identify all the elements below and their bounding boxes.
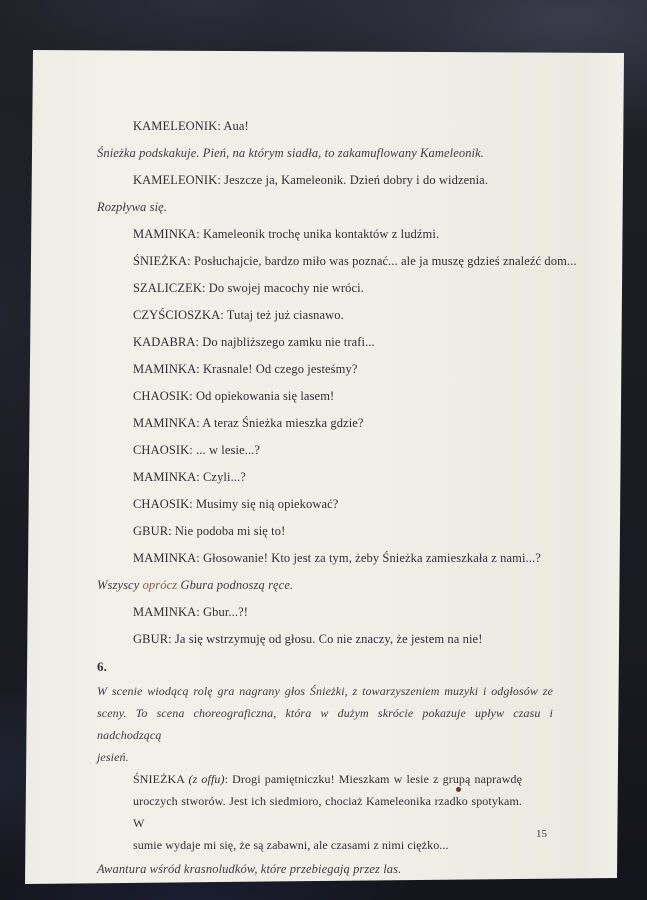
stage-paragraph-line: sceny. To scena choreograficzna, która w… [97, 702, 553, 746]
dialogue-paragraph-line: ŚNIEŻKA (z offu): Drogi pamiętniczku! Mi… [133, 768, 522, 790]
stage-paragraph-line: W scenie wiodącą rolę gra nagrany głos Ś… [97, 680, 553, 702]
parenthetical: (z offu) [188, 772, 224, 786]
dialogue-paragraph-line: sumie wydaje mi się, że są zabawni, ale … [133, 834, 522, 856]
dialogue-line: GBUR: Ja się wstrzymuję od głosu. Co nie… [133, 626, 553, 653]
page-number: 15 [536, 827, 547, 841]
dialogue-line: CZYŚCIOSZKA: Tutaj też już ciasnawo. [133, 302, 553, 329]
script-page: KAMELEONIK: Aua! Śnieżka podskakuje. Pie… [0, 0, 647, 900]
stage-direction: Wszyscy oprócz Gbura podnoszą ręce. [97, 572, 553, 599]
scan-background: KAMELEONIK: Aua! Śnieżka podskakuje. Pie… [0, 0, 647, 900]
stage-direction-text: Gbura podnoszą ręce. [177, 578, 293, 592]
stage-direction: Awantura wśród krasnoludków, które przeb… [97, 856, 553, 883]
dialogue-paragraph-line: uroczych stworów. Jest ich siedmioro, ch… [133, 790, 522, 834]
section-number: 6. [97, 653, 553, 680]
dialogue-line: MAMINKA: Głosowanie! Kto jest za tym, że… [133, 545, 553, 572]
stage-direction: Rozpływa się. [97, 194, 553, 221]
dialogue-line: MAMINKA: Kameleonik trochę unika kontakt… [133, 221, 553, 248]
dialogue-line: KAMELEONIK: Jeszcze ja, Kameleonik. Dzie… [133, 167, 553, 194]
dialogue-line: ŚNIEŻKA: Posłuchajcie, bardzo miło was p… [133, 248, 553, 275]
speaker-name: ŚNIEŻKA [133, 772, 188, 786]
dialogue-line: KADABRA: Do najbliższego zamku nie trafi… [133, 329, 553, 356]
dialogue-line: MAMINKA: Krasnale! Od czego jesteśmy? [133, 356, 553, 383]
stage-direction: Śnieżka podskakuje. Pień, na którym siad… [97, 140, 553, 167]
dialogue-line: MAMINKA: Gbur...?! [133, 599, 553, 626]
dialogue-line: SZALICZEK: Do swojej macochy nie wróci. [133, 275, 553, 302]
stage-direction-highlighted-word: oprócz [143, 578, 178, 592]
dialogue-text: : Drogi pamiętniczku! Mieszkam w lesie z… [225, 772, 522, 786]
dialogue-line: CHAOSIK: ... w lesie...? [133, 437, 553, 464]
stage-direction-text: Wszyscy [97, 578, 143, 592]
dialogue-line: GBUR: Nie podoba mi się to! [133, 518, 553, 545]
dialogue-line: MAMINKA: A teraz Śnieżka mieszka gdzie? [133, 410, 553, 437]
red-dot-mark [456, 787, 461, 792]
script-text: KAMELEONIK: Aua! Śnieżka podskakuje. Pie… [97, 113, 553, 883]
dialogue-line: KAMELEONIK: Aua! [133, 113, 553, 140]
stage-paragraph-line: jesień. [97, 746, 553, 768]
dialogue-line: CHAOSIK: Musimy się nią opiekować? [133, 491, 553, 518]
dialogue-line: CHAOSIK: Od opiekowania się lasem! [133, 383, 553, 410]
dialogue-line: MAMINKA: Czyli...? [133, 464, 553, 491]
